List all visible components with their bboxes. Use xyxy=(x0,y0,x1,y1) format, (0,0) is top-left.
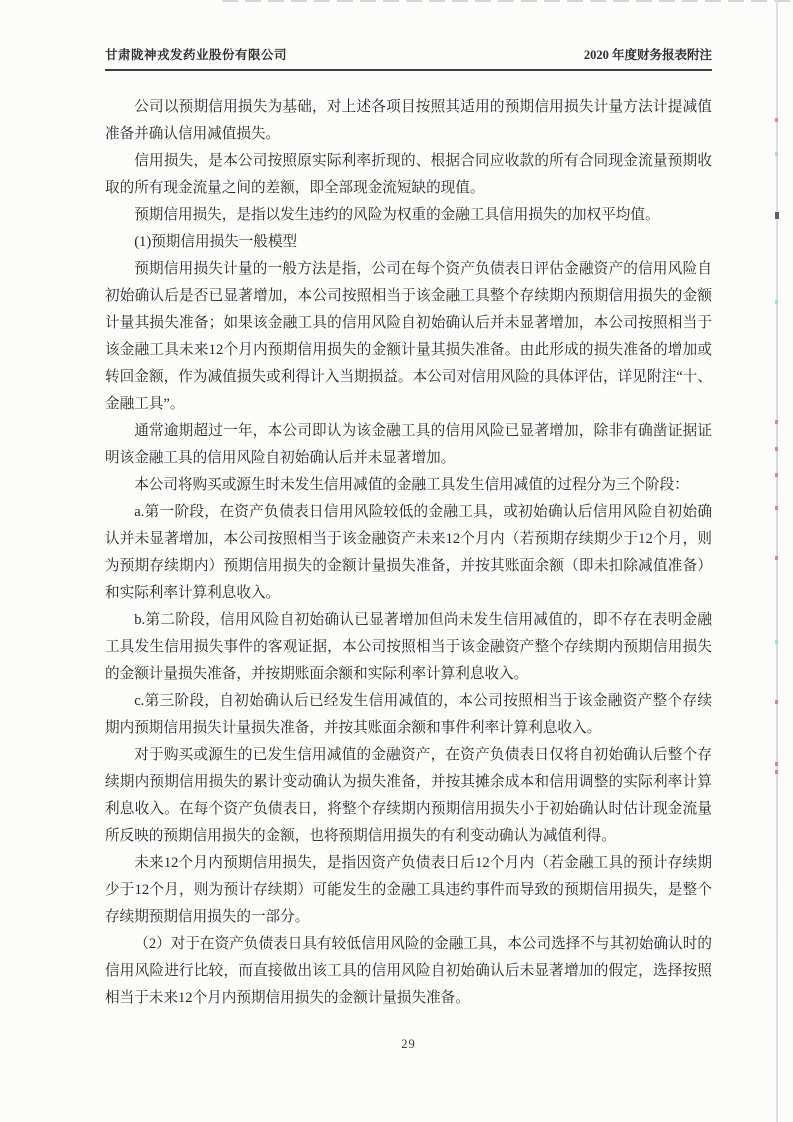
paragraph-heading: (1)预期信用损失一般模型 xyxy=(105,229,712,256)
scan-dot xyxy=(775,300,778,304)
paragraph: 预期信用损失计量的一般方法是指，公司在每个资产负债表日评估金融资产的信用风险自初… xyxy=(105,256,712,418)
scan-dot xyxy=(775,762,778,766)
paragraph: 本公司将购买或源生时未发生信用减值的金融工具发生信用减值的过程分为三个阶段： xyxy=(105,472,712,499)
scan-dot xyxy=(775,556,778,560)
page-header: 甘肃陇神戎发药业股份有限公司 2020 年度财务报表附注 xyxy=(105,45,712,71)
document-page: 甘肃陇神戎发药业股份有限公司 2020 年度财务报表附注 公司以预期信用损失为基… xyxy=(0,0,793,1122)
paragraph-stage-b: b.第二阶段，信用风险自初始确认已显著增加但尚未发生信用减值的，即不存在表明金融… xyxy=(105,607,712,688)
scan-artifact-top-edge xyxy=(222,0,793,2)
scan-dot xyxy=(775,447,778,451)
scan-dot xyxy=(775,473,778,477)
scan-dot xyxy=(775,770,778,774)
scan-dot xyxy=(775,152,778,156)
report-title: 2020 年度财务报表附注 xyxy=(584,45,712,63)
paragraph: 通常逾期超过一年，本公司即认为该金融工具的信用风险已显著增加，除非有确凿证据证明… xyxy=(105,418,712,472)
paragraph-stage-c: c.第三阶段，自初始确认后已经发生信用减值的，本公司按照相当于该金融资产整个存续… xyxy=(105,688,712,742)
scan-dot xyxy=(775,640,778,644)
paragraph: 对于购买或源生的已发生信用减值的金融资产，在资产负债表日仅将自初始确认后整个存续… xyxy=(105,742,712,850)
paragraph-stage-a: a.第一阶段，在资产负债表日信用风险较低的金融工具，或初始确认后信用风险自初始确… xyxy=(105,499,712,607)
scan-dot xyxy=(775,700,778,704)
page-footer: 29 xyxy=(105,1037,712,1052)
scan-dot xyxy=(775,118,778,122)
company-name: 甘肃陇神戎发药业股份有限公司 xyxy=(105,45,287,63)
page-number: 29 xyxy=(401,1037,416,1051)
paragraph: （2）对于在资产负债表日具有较低信用风险的金融工具，本公司选择不与其初始确认时的… xyxy=(105,931,712,1012)
scan-dot xyxy=(775,506,778,510)
scan-dot xyxy=(775,212,779,219)
paragraph: 未来12个月内预期信用损失，是指因资产负债表日后12个月内（若金融工具的预计存续… xyxy=(105,850,712,931)
scan-artifact-right-edge xyxy=(776,0,778,1122)
paragraph: 预期信用损失，是指以发生违约的风险为权重的金融工具信用损失的加权平均值。 xyxy=(105,202,712,229)
scan-dot xyxy=(775,420,778,424)
paragraph: 公司以预期信用损失为基础，对上述各项目按照其适用的预期信用损失计量方法计提减值准… xyxy=(105,94,712,148)
paragraph: 信用损失，是本公司按照原实际利率折现的、根据合同应收款的所有合同现金流量预期收取… xyxy=(105,148,712,202)
document-body: 公司以预期信用损失为基础，对上述各项目按照其适用的预期信用损失计量方法计提减值准… xyxy=(105,94,712,1012)
